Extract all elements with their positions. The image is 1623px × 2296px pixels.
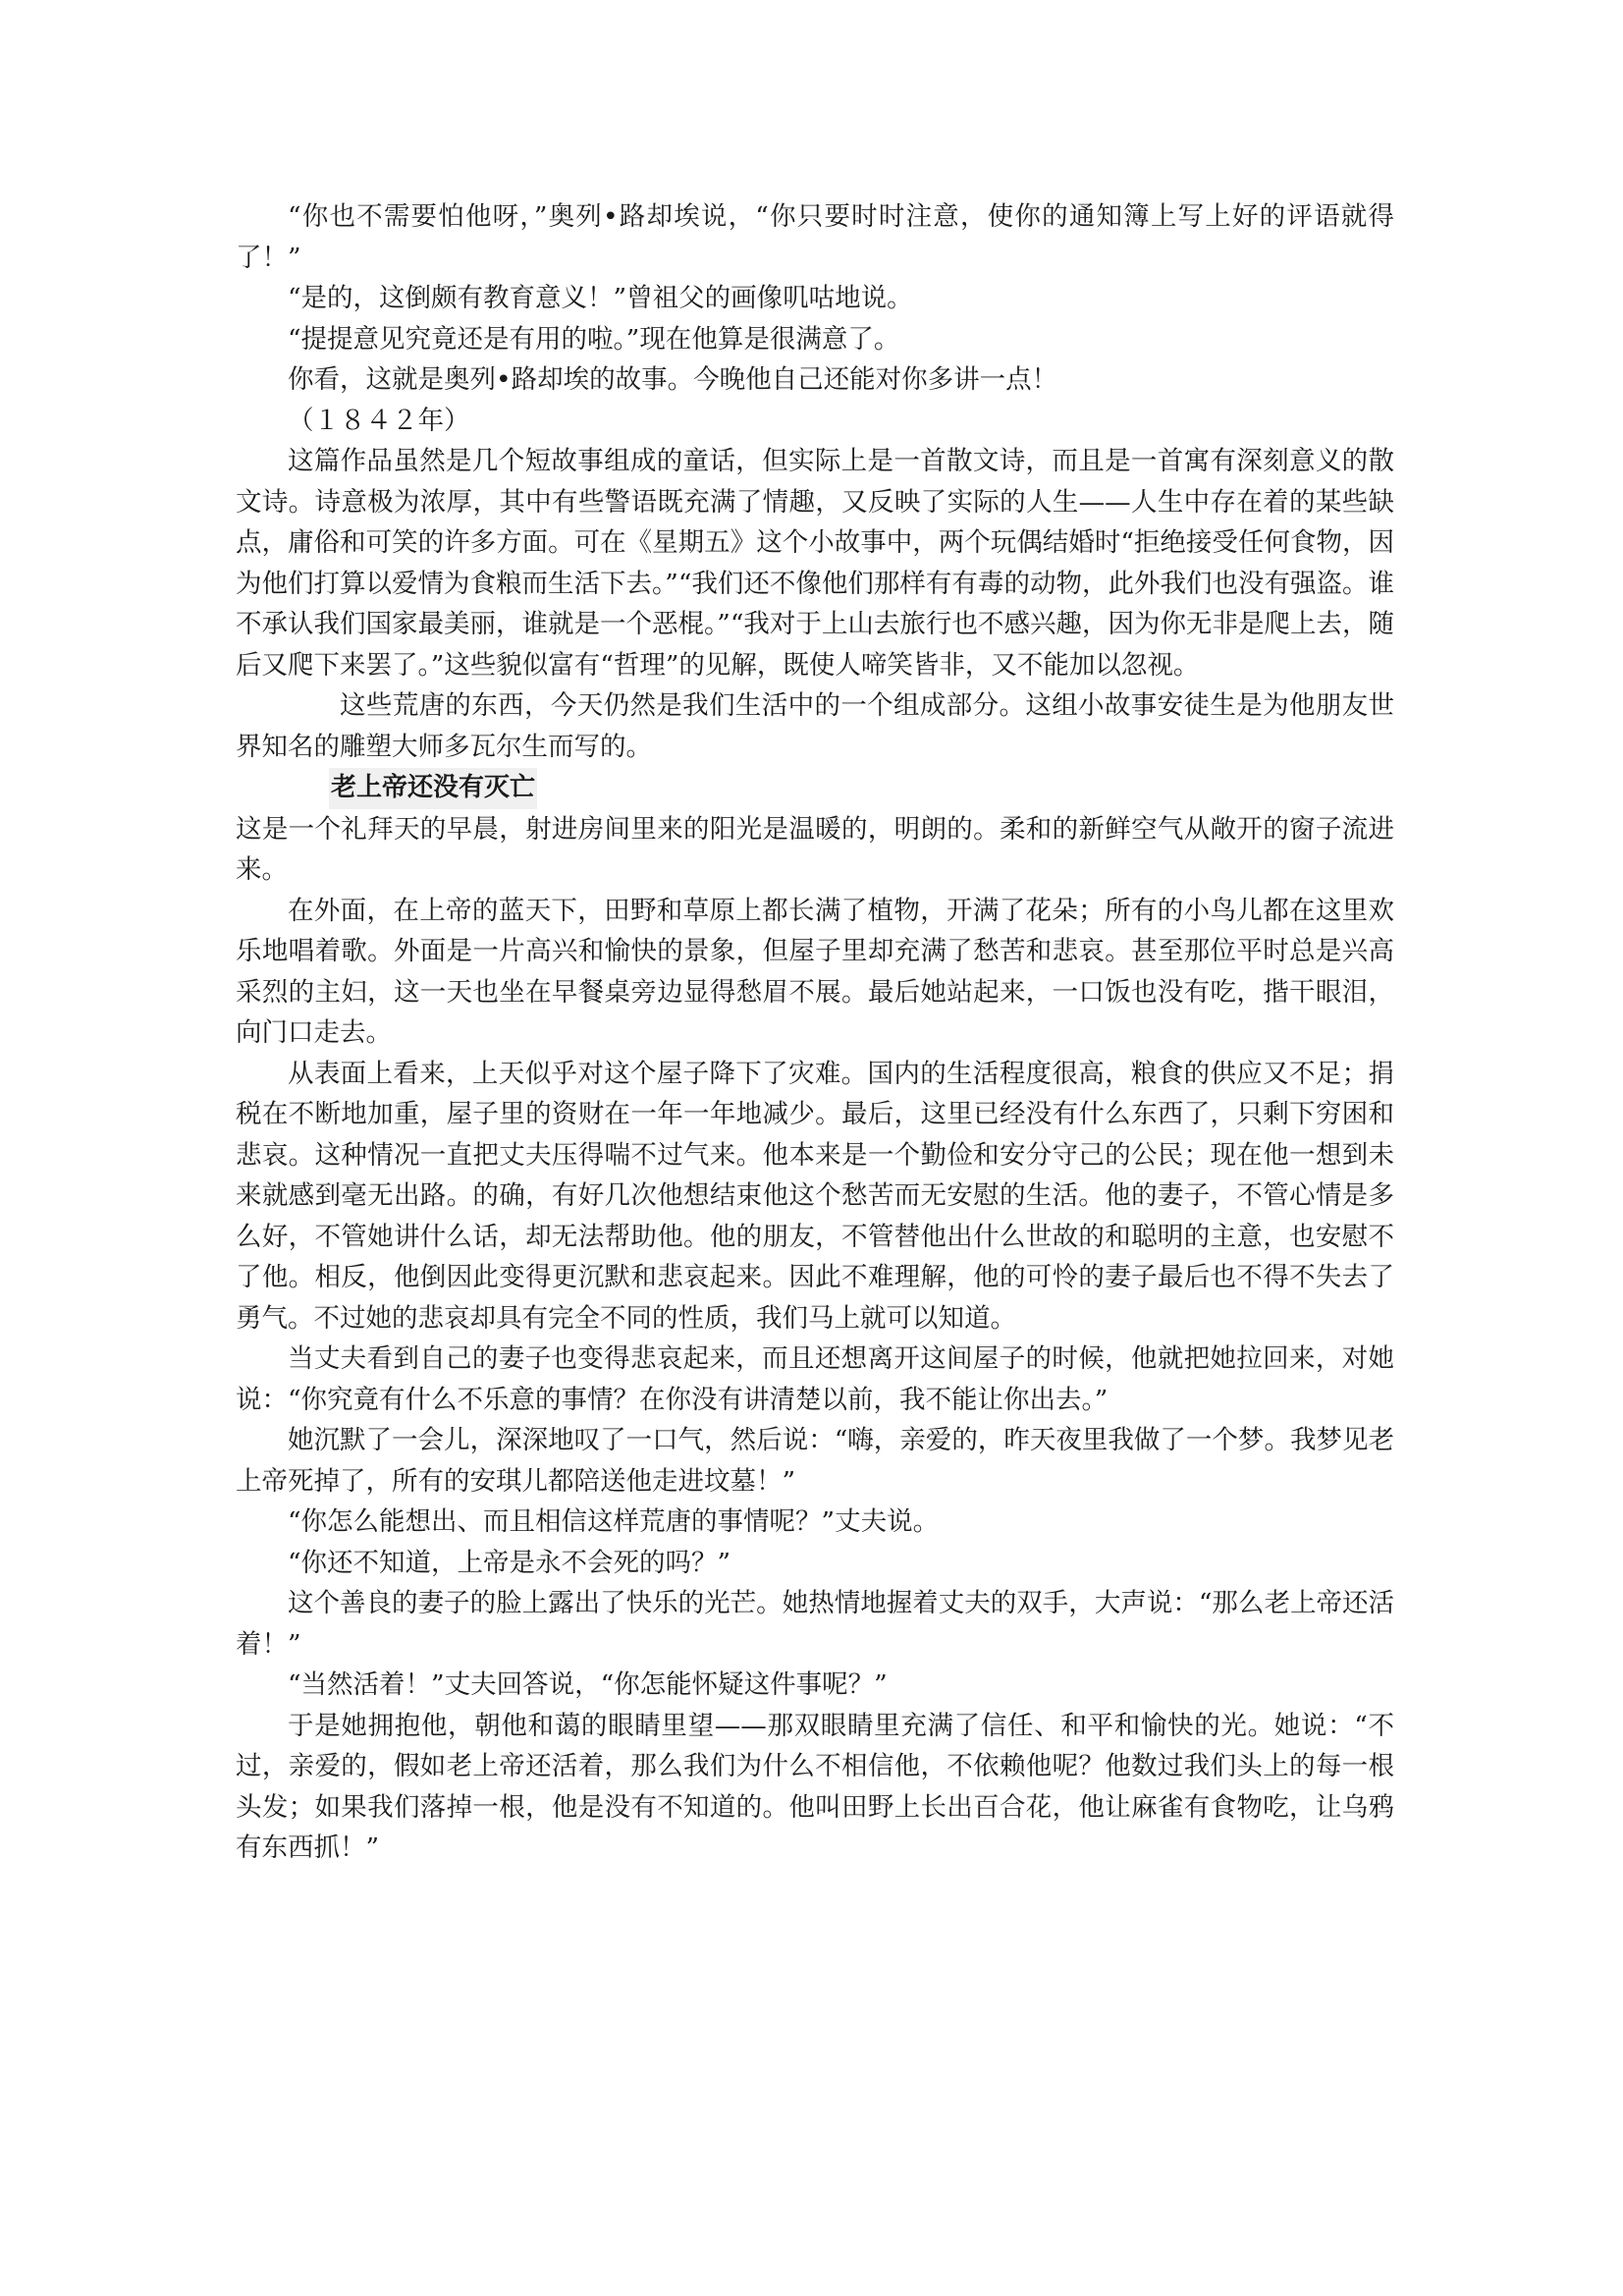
commentary-paragraph: 这篇作品虽然是几个短故事组成的童话，但实际上是一首散文诗，而且是一首寓有深刻意义… [236,441,1394,685]
paragraph: 这个善良的妻子的脸上露出了快乐的光芒。她热情地握着丈夫的双手，大声说：“那么老上… [236,1583,1394,1665]
section-title: 老上帝还没有灭亡 [329,768,537,809]
paragraph: 你看，这就是奥列•路却埃的故事。今晚他自己还能对你多讲一点！ [236,359,1394,401]
paragraph: 从表面上看来，上天似乎对这个屋子降下了灾难。国内的生活程度很高，粮食的供应又不足… [236,1054,1394,1339]
paragraph: “你也不需要怕他呀，”奥列•路却埃说，“你只要时时注意，使你的通知簿上写上好的评… [236,196,1394,278]
paragraph: 当丈夫看到自己的妻子也变得悲哀起来，而且还想离开这间屋子的时候，他就把她拉回来，… [236,1339,1394,1420]
paragraph: 这是一个礼拜天的早晨，射进房间里来的阳光是温暖的，明朗的。柔和的新鲜空气从敞开的… [236,809,1394,891]
section-title-line: 老上帝还没有灭亡 [236,767,1394,809]
paragraph: “是的，这倒颇有教育意义！”曾祖父的画像叽咕地说。 [236,278,1394,319]
commentary-paragraph: 这些荒唐的东西，今天仍然是我们生活中的一个组成部分。这组小故事安徒生是为他朋友世… [236,685,1394,767]
paragraph: “你还不知道，上帝是永不会死的吗？” [236,1543,1394,1584]
paragraph: 于是她拥抱他，朝他和蔼的眼睛里望——那双眼睛里充满了信任、和平和愉快的光。她说：… [236,1706,1394,1869]
paragraph: “当然活着！”丈夫回答说，“你怎能怀疑这件事呢？” [236,1665,1394,1706]
paragraph: “你怎么能想出、而且相信这样荒唐的事情呢？”丈夫说。 [236,1502,1394,1543]
document-page: “你也不需要怕他呀，”奥列•路却埃说，“你只要时时注意，使你的通知簿上写上好的评… [236,196,1394,1869]
year-note: （１８４２年） [236,401,1394,442]
paragraph: 她沉默了一会儿，深深地叹了一口气，然后说：“嗨，亲爱的，昨天夜里我做了一个梦。我… [236,1420,1394,1502]
paragraph: “提提意见究竟还是有用的啦。”现在他算是很满意了。 [236,319,1394,360]
paragraph: 在外面，在上帝的蓝天下，田野和草原上都长满了植物，开满了花朵；所有的小鸟儿都在这… [236,891,1394,1054]
